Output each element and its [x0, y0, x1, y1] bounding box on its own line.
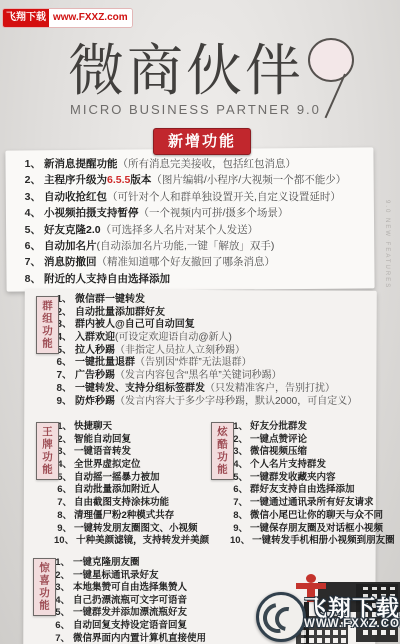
list-item: 9、一键转发朋友圈图文、小视频: [54, 523, 208, 536]
list-item: 3、一键语音转发: [54, 446, 208, 459]
list-item: 2、自动批量添加群好友: [56, 307, 370, 320]
list-item: 8、一键转发、支持分组标签群发（只发精准客户，告别打扰）: [56, 383, 370, 396]
list-item: 6、一键批量退群（告别因“炸群”无法退群）: [56, 357, 370, 370]
site-watermark-bottom: 飞翔下载 WWW.FXXZ.COM: [250, 586, 400, 644]
list-item: 6、自动加名片(自动添加名片功能,一键「解放」双手): [24, 238, 368, 254]
list-item: 3、自动收抢红包（可针对个人和群单独设置开关,自定义设置延时）: [24, 189, 368, 205]
site-url-large: WWW.FXXZ.COM: [304, 618, 400, 630]
list-item: 2、主程序升级为6.5.5版本（图片编辑/小程序/大视频一个都不能少）: [24, 172, 368, 188]
list-item: 1、微信群一键转发: [56, 294, 370, 307]
list-item: 4、小视频拍摄支持暂停（一个视频内可拼/摄多个场景）: [24, 205, 368, 221]
new-features-list: 1、新消息提醒功能（所有消息完美接收，包括红包消息）2、主程序升级为6.5.5版…: [24, 156, 368, 287]
list-item: 7、广告秒踢（发言内容包含“黑名单”关键词秒踢）: [56, 370, 370, 383]
section-label-group: 群组功能: [36, 296, 59, 354]
list-item: 7、消息防撤回（精准知道哪个好友撤回了哪条消息）: [24, 254, 368, 270]
list-item: 2、一键星标通讯录好友: [54, 570, 284, 583]
side-vertical-note: 9.0 NEW FEATURES: [384, 200, 390, 310]
list-item: 10、一键转发手机相册小视频到朋友圈: [230, 535, 398, 548]
list-item: 8、附近的人支持自由选择添加: [24, 271, 368, 287]
site-name-badge: 飞翔下载: [3, 9, 49, 27]
list-item: 4、入群欢迎(可设定欢迎语自动@新人): [56, 332, 370, 345]
list-item: 9、一键保存朋友圈及对话框小视频: [230, 523, 398, 536]
list-item: 4、个人名片支持群发: [230, 459, 398, 472]
section-label-cool: 炫酷功能: [211, 422, 234, 480]
list-item: 2、智能自动回复: [54, 434, 208, 447]
section-label-ace: 王牌功能: [36, 422, 59, 480]
list-item: 9、防炸秒踢（发言内容大于多少字母秒踢，默认2000，可自定义）: [56, 396, 370, 409]
nine-bowl-shape: [308, 38, 354, 82]
new-features-badge: 新增功能: [153, 128, 251, 155]
list-item: 10、十种美颜滤镜，支持转发并美颜: [54, 535, 208, 548]
section-label-surprise: 惊喜功能: [33, 558, 56, 616]
poster-subtitle: MICRO BUSINESS PARTNER 9.0: [70, 102, 350, 117]
poster-title: 微商伙伴: [68, 36, 308, 106]
list-item: 3、微信视频压缩: [230, 446, 398, 459]
list-item: 1、好友分批群发: [230, 421, 398, 434]
cool-features-list: 1、好友分批群发2、一键点赞评论3、微信视频压缩4、个人名片支持群发5、一键群发…: [230, 421, 398, 548]
site-watermark-top: 飞翔下载 www.FXXZ.com: [2, 8, 133, 28]
list-item: 7、一键通过通讯录所有好友请求: [230, 497, 398, 510]
list-item: 5、好友克隆2.0（可选择多人名片对某个人发送）: [24, 222, 368, 238]
list-item: 6、群好友支持自由选择添加: [230, 484, 398, 497]
list-item: 8、微信小尾巴让你的聊天与众不同: [230, 510, 398, 523]
list-item: 1、新消息提醒功能（所有消息完美接收，包括红包消息）: [24, 156, 368, 172]
site-url-text: www.FXXZ.com: [49, 9, 132, 27]
ace-features-list: 1、快捷聊天2、智能自动回复3、一键语音转发4、全世界虚拟定位5、自动摇一摇暴力…: [54, 421, 208, 548]
list-item: 5、一键群发收藏夹内容: [230, 472, 398, 485]
list-item: 1、一键克隆朋友圈: [54, 557, 284, 570]
list-item: 8、清理僵尸粉2种模式共存: [54, 510, 208, 523]
list-item: 6、自动批量添加附近人: [54, 484, 208, 497]
list-item: 7、自由截图支持涂抹功能: [54, 497, 208, 510]
fxxz-logo-icon: [256, 592, 306, 642]
list-item: 4、全世界虚拟定位: [54, 459, 208, 472]
list-item: 5、拉人秒踢（非指定人员拉人立刻秒踢）: [56, 345, 370, 358]
promo-poster: 飞翔下载 www.FXXZ.com 微商伙伴 MICRO BUSINESS PA…: [0, 0, 400, 644]
mascot-head: [306, 574, 316, 583]
list-item: 5、自动摇一摇暴力被加: [54, 472, 208, 485]
list-item: 3、群内被人@自己可自动回复: [56, 319, 370, 332]
list-item: 1、快捷聊天: [54, 421, 208, 434]
group-features-list: 1、微信群一键转发2、自动批量添加群好友3、群内被人@自己可自动回复4、入群欢迎…: [56, 294, 370, 408]
list-item: 2、一键点赞评论: [230, 434, 398, 447]
